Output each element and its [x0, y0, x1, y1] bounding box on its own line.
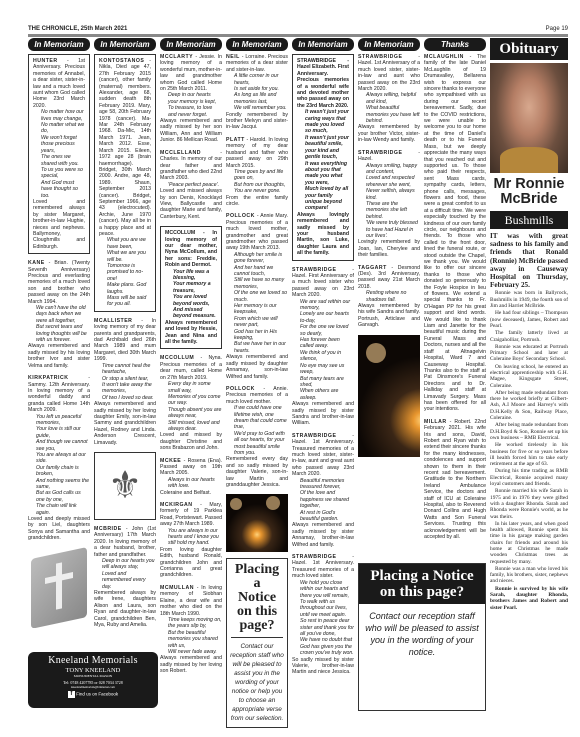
ad-facebook: f Find us on Facebook	[28, 691, 158, 698]
column-4: In Memoriam NEIL - Lorraine. Precious me…	[226, 38, 288, 737]
placing-notice-title: Placing a Notice on this page?	[231, 559, 283, 638]
ad-email: kneelandmemorials@btinternet.com	[28, 685, 158, 689]
obituary-lead: IT was with great sadness to his family …	[490, 232, 568, 289]
section-header-in-memoriam: In Memoriam	[226, 38, 288, 51]
section-header-in-memoriam: In Memoriam	[28, 38, 90, 51]
notice-mcmullan: MCMULLAN - In loving memory of Siobhan E…	[160, 585, 222, 675]
section-header-in-memoriam: In Memoriam	[358, 38, 420, 51]
placing-notice-large-title: Placing a Notice on this page?	[359, 564, 485, 604]
portrait-photo	[490, 63, 568, 173]
notice-millar-thanks: MILLAR - Robert. 22nd February 2021. His…	[424, 419, 486, 541]
section-header-thanks: Thanks	[424, 38, 486, 51]
notice-mcclarty: MCCLARTY - Jessie. In loving memory of a…	[160, 54, 222, 144]
notice-neil: NEIL - Lorraine. Precious memories of a …	[226, 54, 288, 131]
notice-platt: PLATT - Harold. In loving memory of my d…	[226, 137, 288, 207]
ad-owner: TONY KNEELAND	[28, 667, 158, 674]
placing-notice-large: Placing a Notice on this page? Contact o…	[358, 563, 486, 711]
notice-mckee: MCKEE - Rosena (Ena). Passed away on 19t…	[160, 458, 222, 496]
column-7: Thanks MCLAUGHLIN - The family of the la…	[424, 38, 486, 546]
header-rule	[28, 34, 568, 37]
notice-hunter: HUNTER - 1st Anniversary. Precious memor…	[28, 54, 90, 254]
notice-pollock-annie-mary: POLLOCK - Annie Mary. Precious memories …	[226, 213, 288, 380]
notice-strawbridge-4: STRAWBRIDGE - Hazel. 1st Anniversary. Tr…	[292, 554, 354, 676]
candle-photo-2	[358, 335, 420, 457]
notice-strawbridge-2: STRAWBRIDGE - Hazel. First Anniversary o…	[292, 267, 354, 427]
placing-notice-box: Placing a Notice on this page? Contact o…	[226, 558, 288, 728]
placing-notice-large-body: Contact our reception staff who will be …	[359, 604, 485, 664]
notice-mcallister: MCALLISTER - In loving memory of my dear…	[94, 318, 156, 446]
notice-kirkpatrick: KIRKPATRICK - Sammy. 12th Anniversary. I…	[28, 375, 90, 542]
notice-strawbridge-5: STRAWBRIDGE - Hazel. 1st Anniversary of …	[358, 54, 420, 144]
section-header-in-memoriam: In Memoriam	[160, 38, 222, 51]
notice-mcclelland: MCCLELLAND - Charles. In memory of our d…	[160, 150, 222, 220]
column-6: In Memoriam STRAWBRIDGE - Hazel. 1st Ann…	[358, 38, 420, 463]
publication-date: THE CHRONICLE, 25th March 2021	[28, 26, 127, 32]
notice-taggart: TAGGART - Desmond (Des). 3rd Anniversary…	[358, 265, 420, 329]
column-1: In Memoriam HUNTER - 1st Anniversary. Pr…	[28, 38, 90, 628]
notice-mckirgan: MCKIRGAN - Mary, formerly of 19 Parklea …	[160, 502, 222, 579]
ad-role: MONUMENTAL MASON	[28, 674, 158, 678]
section-header-in-memoriam: In Memoriam	[94, 38, 156, 51]
section-header-in-memoriam: In Memoriam	[292, 38, 354, 51]
page-number: Page 19	[546, 26, 568, 32]
crest-emblem-image: ⚜	[94, 452, 156, 520]
ad-company: Kneeland Memorials	[28, 652, 158, 666]
candle-photo	[226, 494, 288, 552]
verse: No matter how our lives may change,No ma…	[33, 109, 85, 199]
notice-kane: KANE - Brian. (Twenty Seventh Anniversar…	[28, 260, 90, 369]
column-3: In Memoriam MCCLARTY - Jessie. In loving…	[160, 38, 222, 681]
obituary-header: Obituary	[490, 38, 568, 60]
column-2: In Memoriam KONTOSTANOS - Nikla, Died ag…	[94, 38, 156, 634]
placing-notice-body: Contact our reception staff who will be …	[227, 638, 287, 727]
masthead: THE CHRONICLE, 25th March 2021 Page 19	[0, 0, 580, 34]
notice-strawbridge-6: STRAWBRIDGE - Hazel. Always smiling, hap…	[358, 150, 420, 259]
notice-strawbridge-3: STRAWBRIDGE - Hazel. 1st Anniversary. Tr…	[292, 433, 354, 548]
notice-strawbridge-boxed: STRAWBRIDGE - Hazel Elizabeth. First Ann…	[292, 54, 354, 261]
obituary-place: Bushmills	[490, 211, 568, 229]
obituary-column: Obituary Mr Ronnie McBride Bushmills IT …	[490, 38, 568, 611]
facebook-icon: f	[68, 691, 75, 698]
notice-mccollum-boxed: MCCOLLUM - In loving memory of our dear …	[160, 226, 222, 349]
notice-mcbride: MCBRIDE - John (1st Anniversary) 17th Ma…	[94, 526, 156, 629]
notice-mclaughlin-thanks: MCLAUGHLIN - The family of the late Dani…	[424, 54, 486, 413]
notice-pollock-annie: POLLOCK - Annie. Precious memories of a …	[226, 386, 288, 489]
notice-mccollum: MCCOLLUM - Nyna. Precious memories of a …	[160, 355, 222, 451]
notice-kontostanos: KONTOSTANOS - Nikla, Died age 47, 27th F…	[94, 54, 156, 312]
column-5: In Memoriam STRAWBRIDGE - Hazel Elizabet…	[292, 38, 354, 682]
kneeland-memorials-advert: Kneeland Memorials TONY KNEELAND MONUMEN…	[28, 652, 158, 708]
bible-cross-illustration	[28, 548, 90, 628]
obituary-name: Mr Ronnie McBride	[490, 173, 568, 211]
